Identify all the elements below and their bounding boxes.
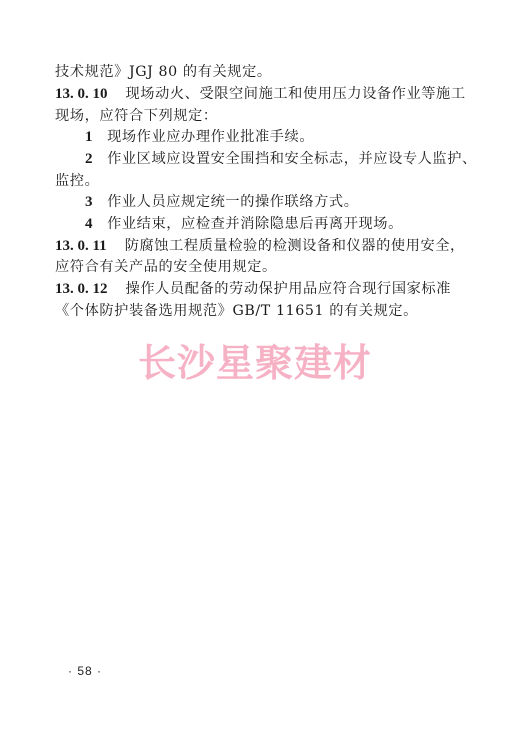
clause-text: 应符合有关产品的安全使用规定。 [55, 259, 277, 275]
document-page: 技术规范》JGJ 80 的有关规定。 13. 0. 10现场动火、受限空间施工和… [0, 0, 506, 734]
item-text: 现场作业应办理作业批准手续。 [107, 129, 314, 145]
clause-number: 13. 0. 11 [55, 238, 107, 254]
item-number: 4 [85, 216, 93, 232]
clause-text: 现场动火、受限空间施工和使用压力设备作业等施工 [126, 86, 466, 102]
clause-number: 13. 0. 12 [55, 281, 108, 297]
clause-text: 《个体防护装备选用规范》GB/T 11651 的有关规定。 [55, 303, 418, 319]
item-text: 作业结束，应检查并消除隐患后再离开现场。 [107, 216, 403, 232]
item-text: 作业区域应设置安全围挡和安全标志，并应设专人监护、 [107, 151, 477, 167]
item-number: 3 [85, 194, 93, 210]
text-line: 现场，应符合下列规定： [55, 107, 451, 125]
clause-text: 操作人员配备的劳动保护用品应符合现行国家标准 [126, 281, 451, 297]
paragraph-continuation: 技术规范》JGJ 80 的有关规定。 [55, 64, 272, 80]
item-number: 1 [85, 129, 93, 145]
page-number: · 58 · [68, 664, 102, 678]
clause-number: 13. 0. 10 [55, 86, 108, 102]
clause-13-0-11: 13. 0. 11防腐蚀工程质量检验的检测设备和仪器的使用安全， [55, 237, 451, 255]
watermark: 长沙星聚建材 [138, 340, 378, 386]
clause-text: 防腐蚀工程质量检验的检测设备和仪器的使用安全， [125, 238, 465, 254]
text-line: 技术规范》JGJ 80 的有关规定。 [55, 63, 451, 81]
clause-text: 现场，应符合下列规定： [55, 108, 218, 124]
text-line: 应符合有关产品的安全使用规定。 [55, 258, 451, 276]
list-item-3: 3作业人员应规定统一的操作联络方式。 [85, 193, 451, 211]
text-line: 《个体防护装备选用规范》GB/T 11651 的有关规定。 [55, 302, 451, 320]
list-item-1: 1现场作业应办理作业批准手续。 [85, 128, 451, 146]
clause-13-0-12: 13. 0. 12操作人员配备的劳动保护用品应符合现行国家标准 [55, 280, 451, 298]
list-item-4: 4作业结束，应检查并消除隐患后再离开现场。 [85, 215, 451, 233]
clause-13-0-10: 13. 0. 10现场动火、受限空间施工和使用压力设备作业等施工 [55, 85, 451, 103]
text-line: 监控。 [55, 172, 451, 190]
item-text: 监控。 [55, 173, 99, 189]
item-text: 作业人员应规定统一的操作联络方式。 [107, 194, 358, 210]
list-item-2: 2作业区域应设置安全围挡和安全标志，并应设专人监护、 [85, 150, 451, 168]
item-number: 2 [85, 151, 93, 167]
